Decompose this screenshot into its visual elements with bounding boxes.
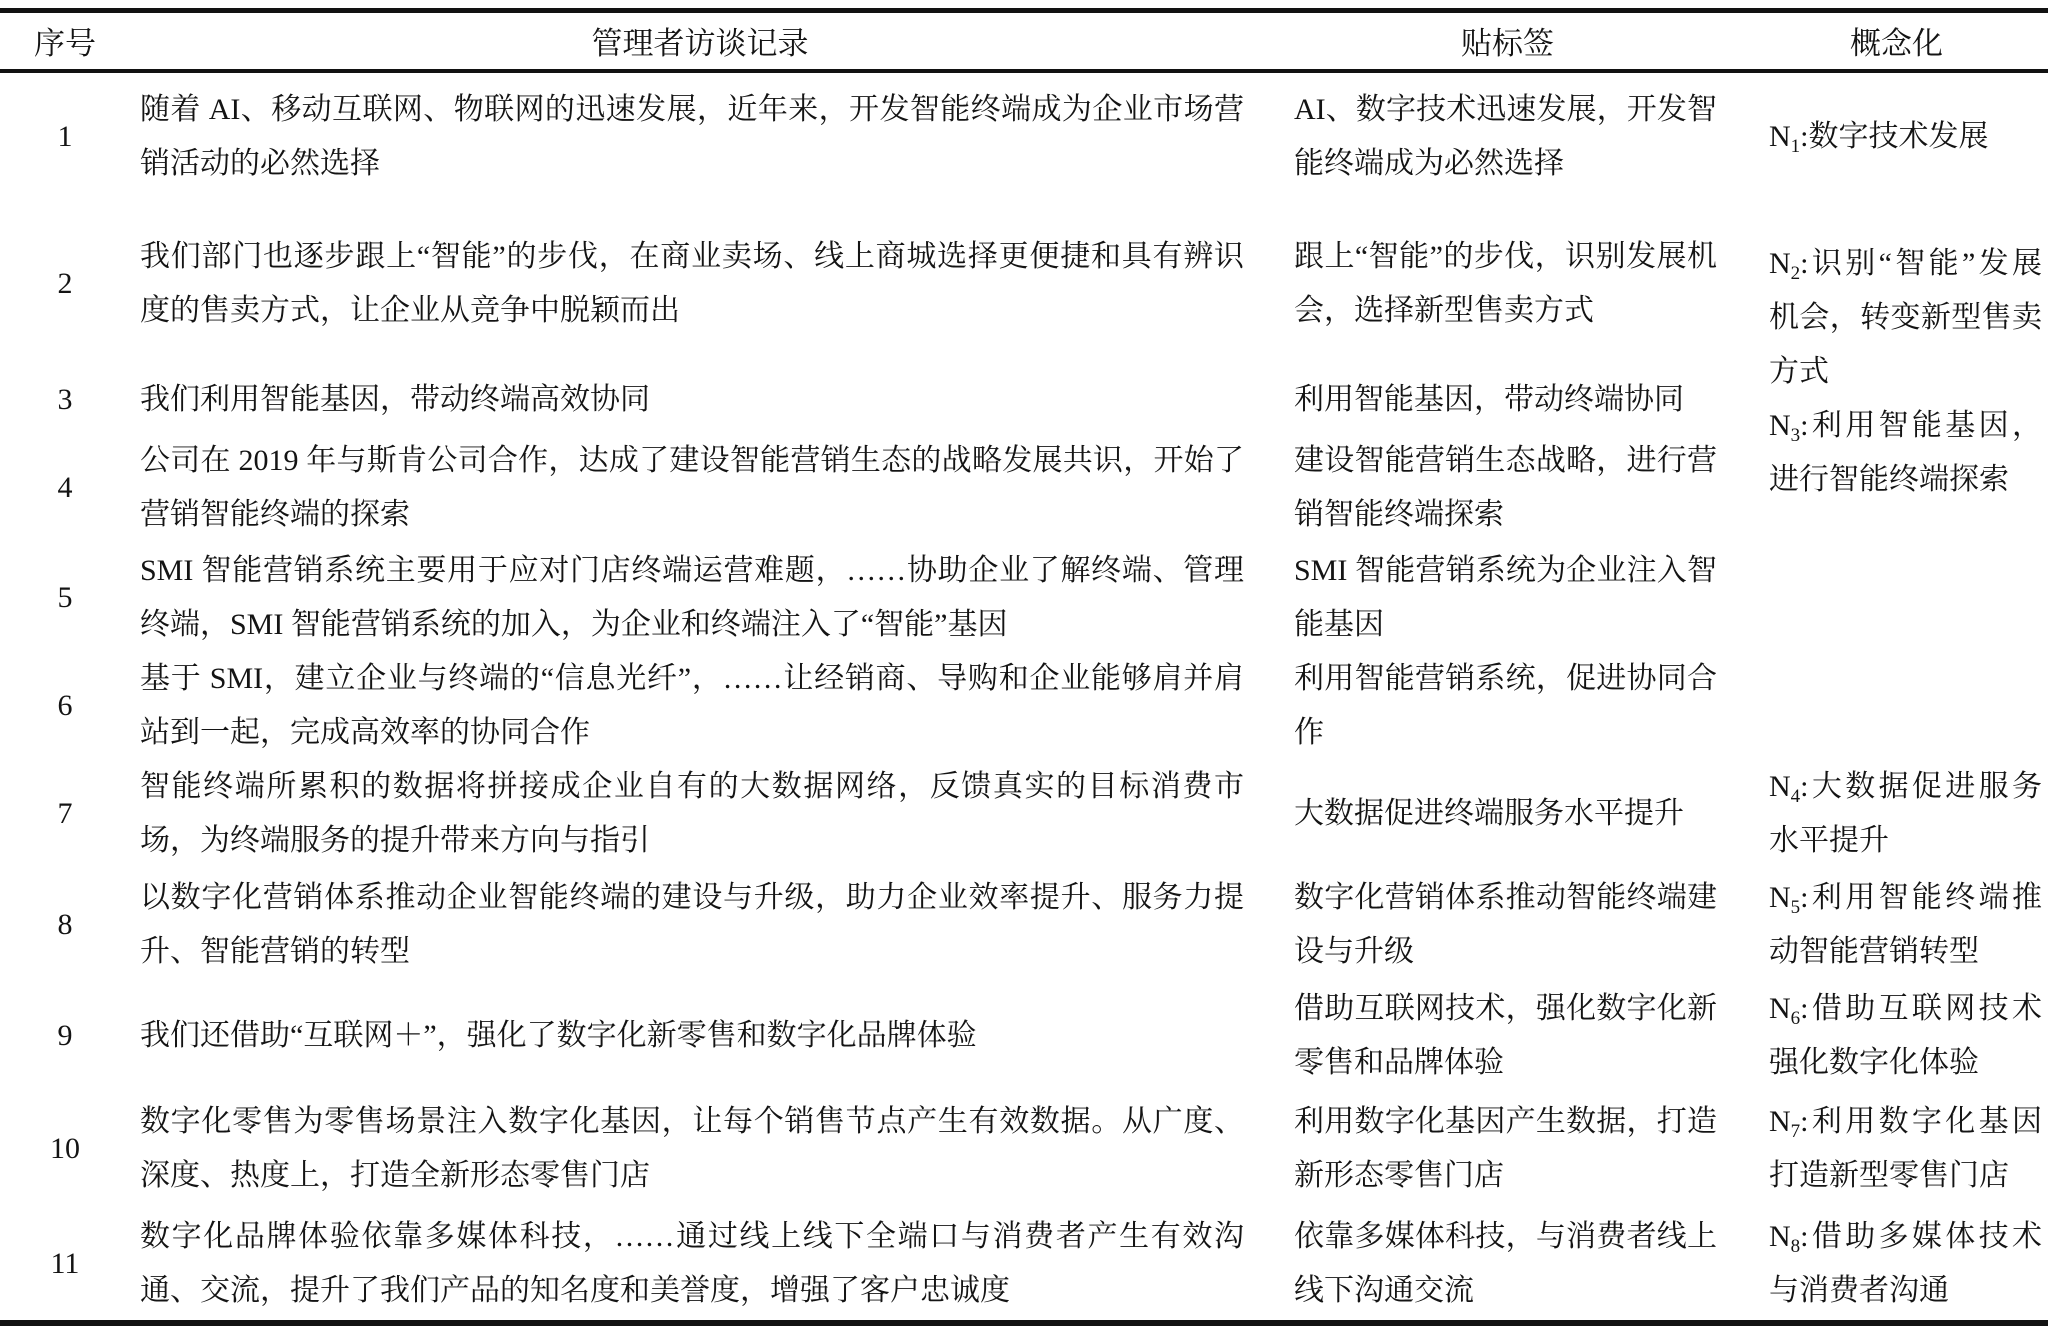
label-cell: 利用智能营销系统，促进协同合作 [1270,652,1745,760]
concept-prefix: N [1769,992,1791,1025]
label-cell: 大数据促进终端服务水平提升 [1270,760,1745,868]
concept-item: N6:借助互联网技术强化数字化体验 [1769,982,2042,1090]
concept-prefix: N [1769,1105,1791,1138]
concept-prefix: N [1769,770,1791,803]
concept-subscript: 6 [1791,1008,1801,1029]
label-cell: 借助互联网技术，强化数字化新零售和品牌体验 [1270,982,1745,1090]
concept-item: N4:大数据促进服务水平提升 [1769,760,2042,868]
label-cell: 数字化营销体系推动智能终端建设与升级 [1270,868,1745,982]
table-row: 8 以数字化营销体系推动企业智能终端的建设与升级，助力企业效率提升、服务力提升、… [0,868,2048,982]
table-row: 5 SMI 智能营销系统主要用于应对门店终端运营难题，……协助企业了解终端、管理… [0,544,2048,652]
label-cell: SMI 智能营销系统为企业注入智能基因 [1270,544,1745,652]
scanned-paper-page: 序号 管理者访谈记录 贴标签 概念化 1 随着 AI、移动互联网、物联网的迅速发… [0,0,2048,1326]
row-number: 5 [0,544,130,652]
concept-item: N1:数字技术发展 [1769,110,2042,164]
row-number: 11 [0,1208,130,1323]
column-header-concept: 概念化 [1745,11,2048,71]
label-cell: 建设智能营销生态战略，进行营销智能终端探索 [1270,432,1745,544]
table-row: 11 数字化品牌体验依靠多媒体科技，……通过线上线下全端口与消费者产生有效沟通、… [0,1208,2048,1323]
concept-cell-empty [1745,544,2048,760]
row-number: 2 [0,201,130,368]
concept-cell: N8:借助多媒体技术与消费者沟通 [1745,1208,2048,1323]
table-row: 2 我们部门也逐步跟上“智能”的步伐，在商业卖场、线上商城选择更便捷和具有辨识度… [0,201,2048,368]
column-header-no: 序号 [0,11,130,71]
concept-subscript: 4 [1791,786,1801,807]
interview-record: 以数字化营销体系推动企业智能终端的建设与升级，助力企业效率提升、服务力提升、智能… [130,868,1270,982]
row-number: 3 [0,368,130,432]
interview-record: 我们利用智能基因，带动终端高效协同 [130,368,1270,432]
column-header-label: 贴标签 [1270,11,1745,71]
concept-subscript: 5 [1791,897,1801,918]
concept-subscript: 7 [1791,1121,1801,1142]
concept-text: :利用智能基因，进行智能终端探索 [1769,409,2042,496]
table-row: 3 我们利用智能基因，带动终端高效协同 利用智能基因，带动终端协同 [0,368,2048,432]
interview-record: 随着 AI、移动互联网、物联网的迅速发展，近年来，开发智能终端成为企业市场营销活… [130,71,1270,201]
concept-prefix: N [1769,247,1791,280]
row-number: 6 [0,652,130,760]
concept-cell: N5:利用智能终端推动智能营销转型 [1745,868,2048,982]
concept-prefix: N [1769,120,1791,153]
concept-text: :识别“智能”发展机会，转变新型售卖方式 [1769,247,2042,388]
row-number: 10 [0,1090,130,1208]
concept-subscript: 8 [1791,1236,1801,1257]
concept-text: :利用智能终端推动智能营销转型 [1769,881,2042,968]
table-row: 4 公司在 2019 年与斯肯公司合作，达成了建设智能营销生态的战略发展共识，开… [0,432,2048,544]
column-header-record: 管理者访谈记录 [130,11,1270,71]
concept-item: N7:利用数字化基因打造新型零售门店 [1769,1095,2042,1203]
row-number: 4 [0,432,130,544]
concept-prefix: N [1769,409,1791,442]
label-cell: 利用数字化基因产生数据，打造新形态零售门店 [1270,1090,1745,1208]
concept-item: N2:识别“智能”发展机会，转变新型售卖方式 [1769,237,2042,399]
table-row: 10 数字化零售为零售场景注入数字化基因，让每个销售节点产生有效数据。从广度、深… [0,1090,2048,1208]
row-number: 7 [0,760,130,868]
table-row: 6 基于 SMI，建立企业与终端的“信息光纤”，……让经销商、导购和企业能够肩并… [0,652,2048,760]
concept-text: :借助多媒体技术与消费者沟通 [1769,1220,2042,1307]
interview-record: 我们部门也逐步跟上“智能”的步伐，在商业卖场、线上商城选择更便捷和具有辨识度的售… [130,201,1270,368]
label-cell: AI、数字技术迅速发展，开发智能终端成为必然选择 [1270,71,1745,201]
table-row: 9 我们还借助“互联网＋”，强化了数字化新零售和数字化品牌体验 借助互联网技术，… [0,982,2048,1090]
row-number: 8 [0,868,130,982]
interview-record: 智能终端所累积的数据将拼接成企业自有的大数据网络，反馈真实的目标消费市场，为终端… [130,760,1270,868]
concept-cell: N1:数字技术发展 [1745,71,2048,201]
concept-cell: N2:识别“智能”发展机会，转变新型售卖方式 N3:利用智能基因，进行智能终端探… [1745,201,2048,544]
interview-record: 数字化零售为零售场景注入数字化基因，让每个销售节点产生有效数据。从广度、深度、热… [130,1090,1270,1208]
concept-prefix: N [1769,881,1791,914]
row-number: 1 [0,71,130,201]
row-number: 9 [0,982,130,1090]
concept-cell: N7:利用数字化基因打造新型零售门店 [1745,1090,2048,1208]
concept-item: N8:借助多媒体技术与消费者沟通 [1769,1210,2042,1318]
concept-item: N3:利用智能基因，进行智能终端探索 [1769,399,2042,507]
concept-text: :大数据促进服务水平提升 [1769,770,2042,857]
interview-record: 基于 SMI，建立企业与终端的“信息光纤”，……让经销商、导购和企业能够肩并肩站… [130,652,1270,760]
label-cell: 依靠多媒体科技，与消费者线上线下沟通交流 [1270,1208,1745,1323]
open-coding-table: 序号 管理者访谈记录 贴标签 概念化 1 随着 AI、移动互联网、物联网的迅速发… [0,8,2048,1326]
concept-text: :利用数字化基因打造新型零售门店 [1769,1105,2042,1192]
header-row: 序号 管理者访谈记录 贴标签 概念化 [0,11,2048,71]
interview-record: 公司在 2019 年与斯肯公司合作，达成了建设智能营销生态的战略发展共识，开始了… [130,432,1270,544]
label-cell: 跟上“智能”的步伐，识别发展机会，选择新型售卖方式 [1270,201,1745,368]
concept-item: N5:利用智能终端推动智能营销转型 [1769,871,2042,979]
table-row: 1 随着 AI、移动互联网、物联网的迅速发展，近年来，开发智能终端成为企业市场营… [0,71,2048,201]
table-row: 7 智能终端所累积的数据将拼接成企业自有的大数据网络，反馈真实的目标消费市场，为… [0,760,2048,868]
concept-prefix: N [1769,1220,1791,1253]
label-cell: 利用智能基因，带动终端协同 [1270,368,1745,432]
interview-record: 我们还借助“互联网＋”，强化了数字化新零售和数字化品牌体验 [130,982,1270,1090]
concept-text: :借助互联网技术强化数字化体验 [1769,992,2042,1079]
concept-subscript: 3 [1791,425,1801,446]
interview-record: SMI 智能营销系统主要用于应对门店终端运营难题，……协助企业了解终端、管理终端… [130,544,1270,652]
interview-record: 数字化品牌体验依靠多媒体科技，……通过线上线下全端口与消费者产生有效沟通、交流，… [130,1208,1270,1323]
concept-text: :数字技术发展 [1800,120,1988,153]
concept-cell: N6:借助互联网技术强化数字化体验 [1745,982,2048,1090]
concept-cell: N4:大数据促进服务水平提升 [1745,760,2048,868]
concept-subscript: 2 [1791,263,1801,284]
concept-subscript: 1 [1791,136,1801,157]
